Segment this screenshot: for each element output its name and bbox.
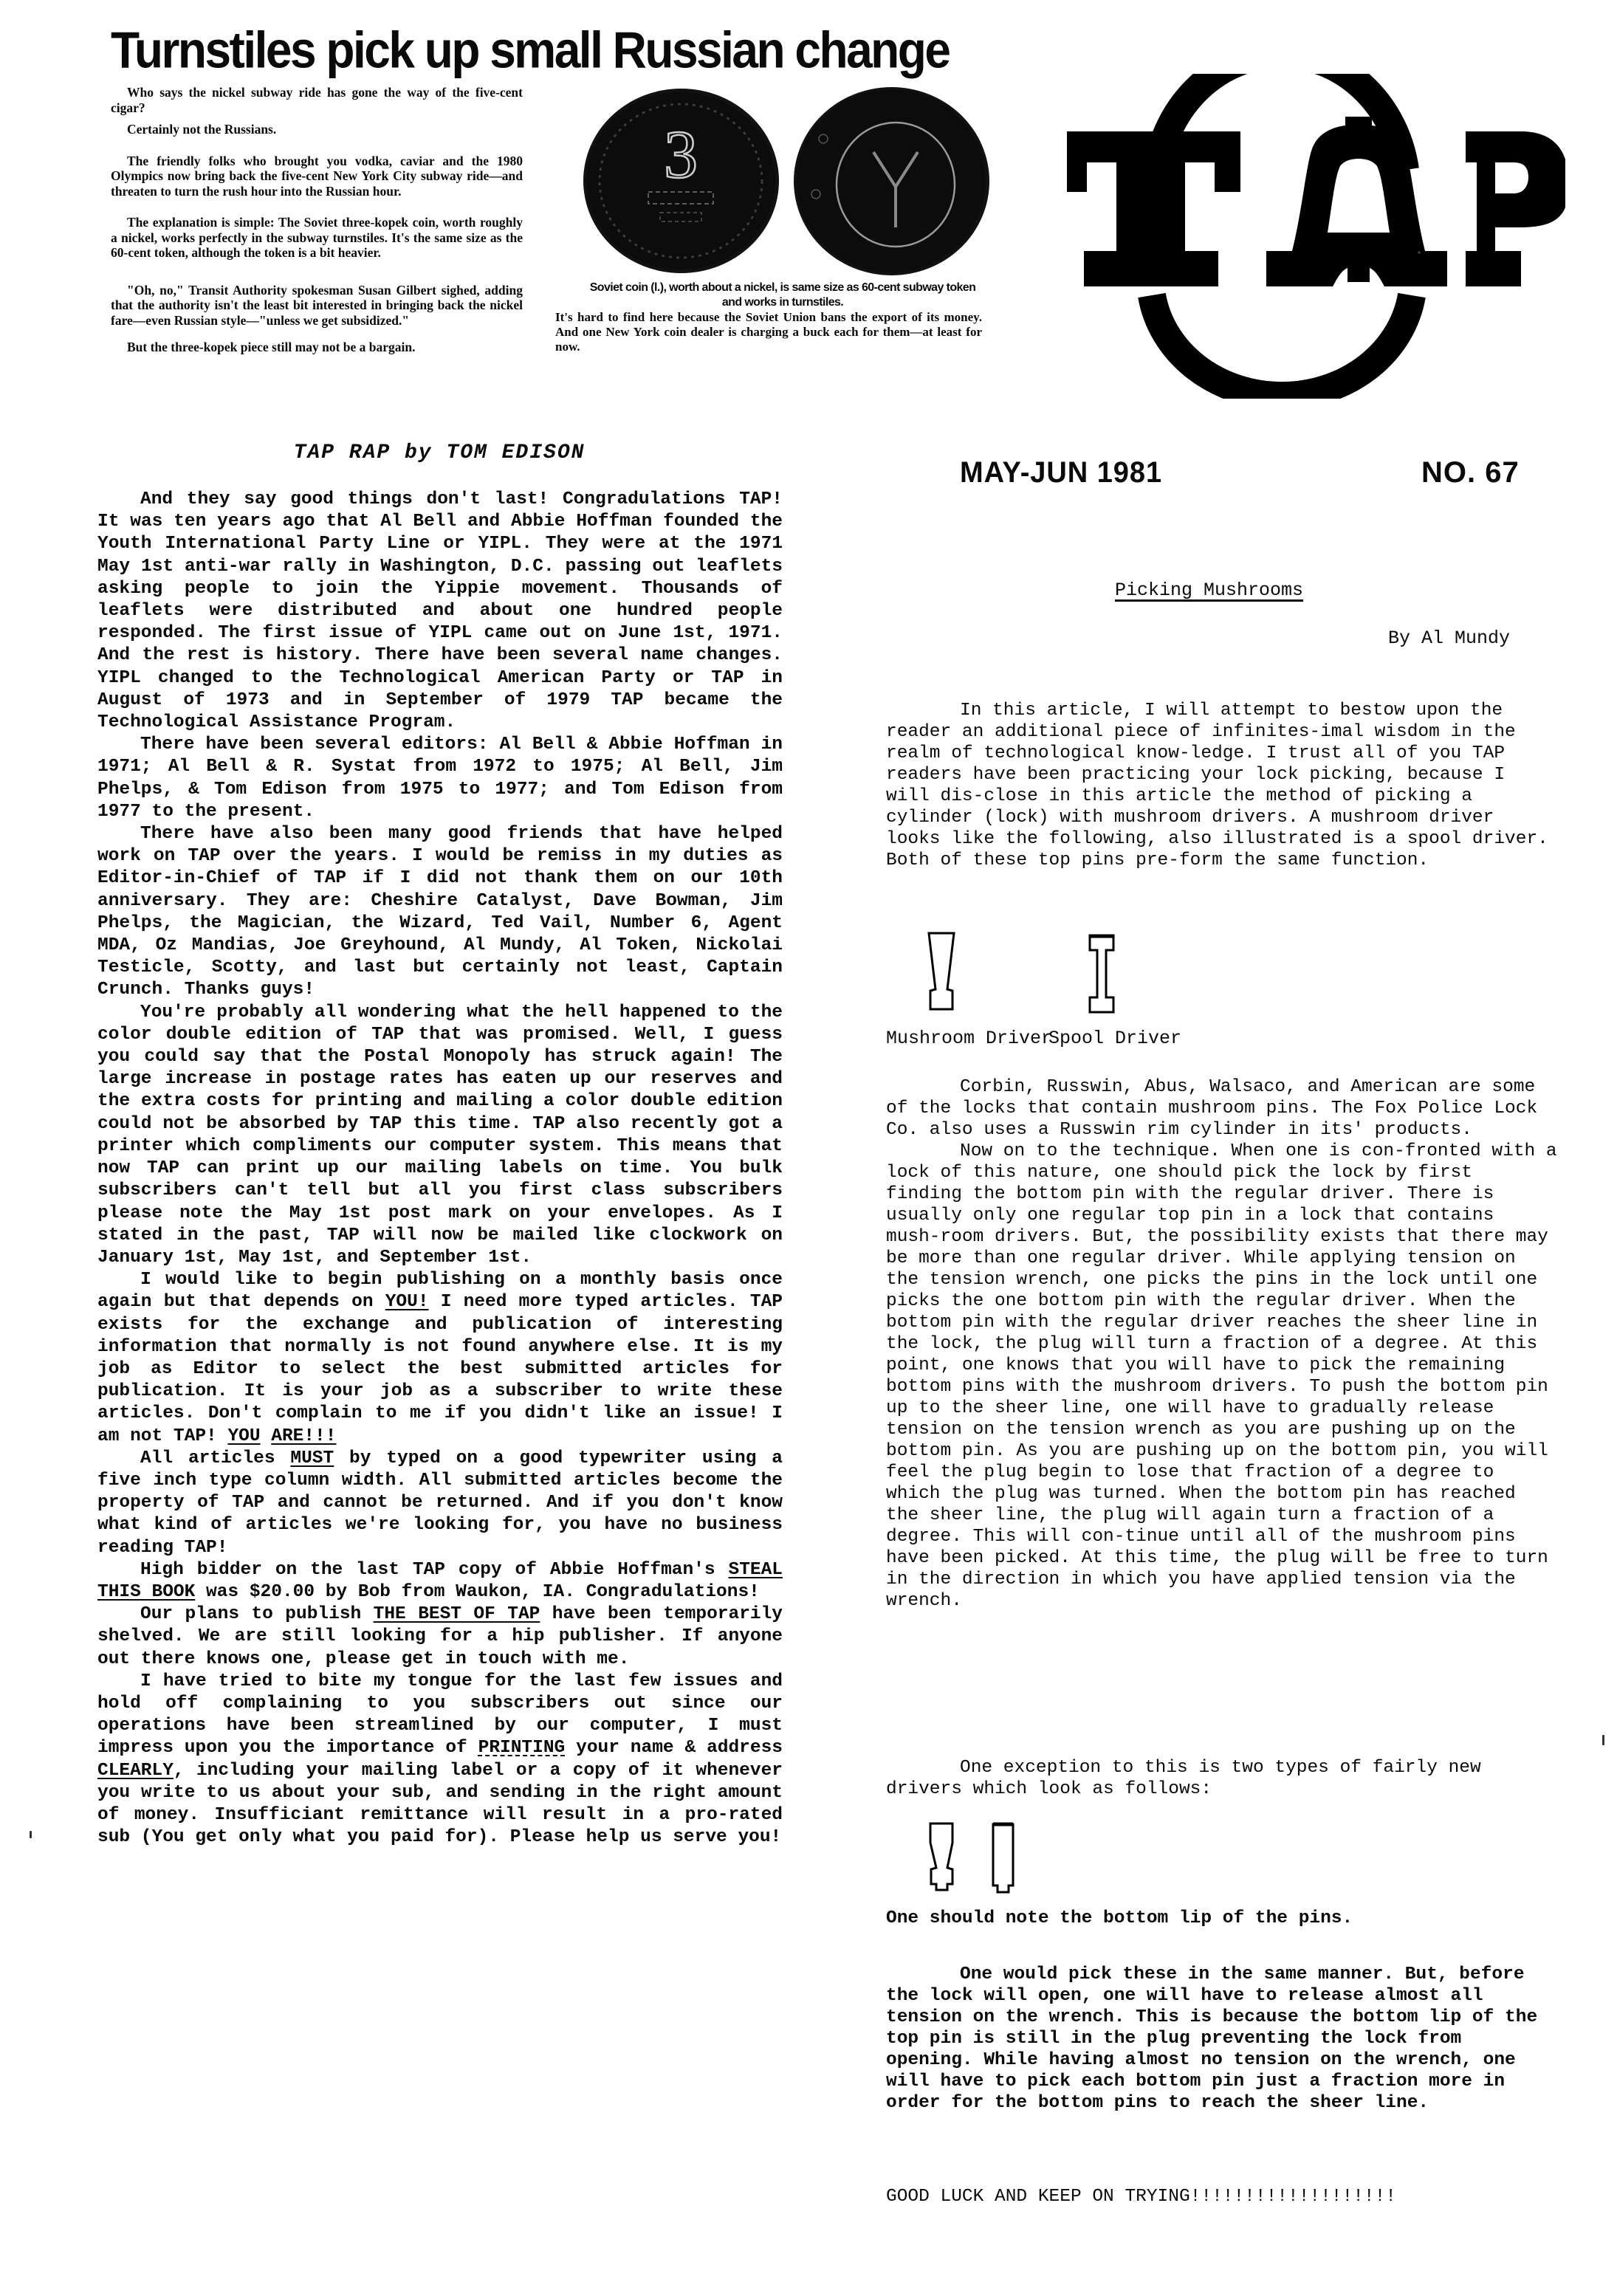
issue-date: MAY-JUN 1981: [960, 456, 1162, 489]
three-kopek-coin-icon: 3: [583, 89, 779, 273]
scan-speck: [30, 1831, 32, 1838]
article-paragraph: Our plans to publish THE BEST OF TAP hav…: [97, 1604, 783, 1671]
soviet-coin-photo: 3: [583, 89, 779, 273]
article-paragraph: You're probably all wondering what the h…: [97, 1002, 783, 1269]
bell-icon: [1266, 117, 1447, 286]
scan-speck: [1602, 1735, 1604, 1745]
tap-rap-article: And they say good things don't last! Con…: [97, 489, 783, 1849]
spool-driver-label: Spool Driver: [1048, 1028, 1181, 1049]
article-title: Picking Mushrooms: [1115, 580, 1303, 601]
article-paragraph: I would like to begin publishing on a mo…: [97, 1269, 783, 1448]
clipping-body: Who says the nickel subway ride has gone…: [111, 85, 523, 362]
tap-logo: [1048, 74, 1565, 399]
column-title-tap-rap: TAP RAP by TOM EDISON: [96, 441, 783, 464]
mushroom-article-conclusion: One would pick these in the same manner.…: [886, 1964, 1558, 2114]
clipping-paragraph: The explanation is simple: The Soviet th…: [111, 215, 523, 261]
article-paragraph: There have also been many good friends t…: [97, 823, 783, 1002]
mushroom-driver-icon: [927, 932, 956, 1017]
clipping-continuation: It's hard to find here because the Sovie…: [555, 310, 982, 354]
article-paragraph: All articles MUST by typed on a good typ…: [97, 1448, 783, 1559]
subway-token-photo: [794, 87, 989, 275]
scan-speck: [1418, 251, 1421, 254]
coin-caption: Soviet coin (l.), worth about a nickel, …: [583, 281, 982, 310]
new-spool-driver-icon: [991, 1822, 1016, 1900]
pin-note: One should note the bottom lip of the pi…: [886, 1908, 1353, 1928]
mushroom-article-intro: In this article, I will attempt to besto…: [886, 700, 1558, 871]
mushroom-driver-label: Mushroom Driver: [886, 1028, 1052, 1049]
new-mushroom-driver-icon: [929, 1822, 955, 1896]
clipping-paragraph: The friendly folks who brought you vodka…: [111, 154, 523, 199]
svg-text:3: 3: [664, 117, 698, 192]
mushroom-article-exception: One exception to this is two types of fa…: [886, 1757, 1558, 1800]
article-closing: GOOD LUCK AND KEEP ON TRYING!!!!!!!!!!!!…: [886, 2187, 1396, 2207]
spool-driver-icon: [1087, 934, 1116, 1019]
clipping-paragraph: "Oh, no," Transit Authority spokesman Su…: [111, 283, 523, 329]
clipping-paragraph: But the three-kopek piece still may not …: [111, 340, 523, 355]
nyc-token-icon: [794, 87, 989, 275]
article-paragraph: High bidder on the last TAP copy of Abbi…: [97, 1559, 783, 1604]
article-paragraph: I have tried to bite my tongue for the l…: [97, 1671, 783, 1849]
article-paragraph: There have been several editors: Al Bell…: [97, 734, 783, 823]
mushroom-article-technique: Corbin, Russwin, Abus, Walsaco, and Amer…: [886, 1076, 1558, 1612]
clipping-paragraph: Certainly not the Russians.: [111, 122, 523, 137]
clipping-headline: Turnstiles pick up small Russian change: [111, 21, 949, 80]
clipping-paragraph: Who says the nickel subway ride has gone…: [111, 85, 523, 115]
article-byline: By Al Mundy: [1388, 628, 1510, 649]
issue-number: NO. 67: [1421, 456, 1520, 489]
article-paragraph: And they say good things don't last! Con…: [97, 489, 783, 734]
